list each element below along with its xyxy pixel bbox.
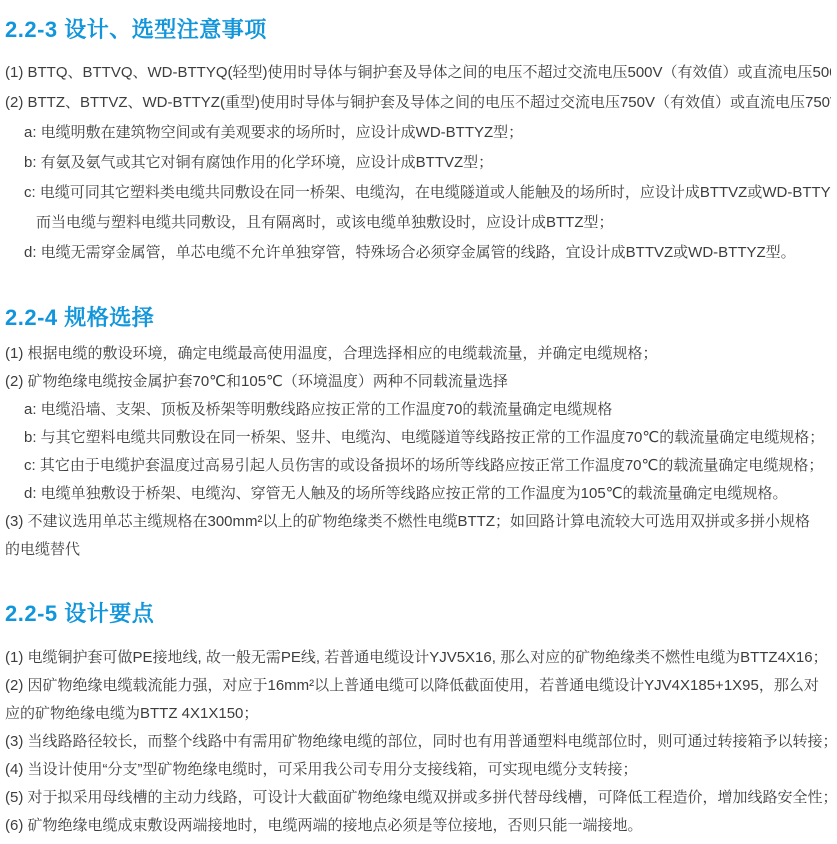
document-page: 2.2-3 设计、选型注意事项 (1) BTTQ、BTTVQ、WD-BTTYQ(…: [0, 0, 837, 840]
section-heading: 2.2-4 规格选择: [5, 304, 831, 332]
paragraph-line: b: 与其它塑料电缆共同敷设在同一桥架、竖井、电缆沟、电缆隧道等线路按正常的工作…: [5, 424, 831, 452]
paragraph-line: c: 电缆可同其它塑料类电缆共同敷设在同一桥架、电缆沟，在电缆隧道或人能触及的场…: [5, 178, 831, 208]
section-body: (1) BTTQ、BTTVQ、WD-BTTYQ(轻型)使用时导体与铜护套及导体之…: [5, 58, 831, 268]
paragraph-line: d: 电缆无需穿金属管，单芯电缆不允许单独穿管，特殊场合必须穿金属管的线路，宜设…: [5, 238, 831, 268]
section-heading: 2.2-5 设计要点: [5, 600, 831, 628]
paragraph-line: (1) 电缆铜护套可做PE接地线, 故一般无需PE线, 若普通电缆设计YJV5X…: [5, 644, 831, 672]
paragraph-line: (1) BTTQ、BTTVQ、WD-BTTYQ(轻型)使用时导体与铜护套及导体之…: [5, 58, 831, 88]
paragraph-line: b: 有氨及氨气或其它对铜有腐蚀作用的化学环境，应设计成BTTVZ型；: [5, 148, 831, 178]
paragraph-line: (2) 矿物绝缘电缆按金属护套70℃和105℃（环境温度）两种不同载流量选择: [5, 368, 831, 396]
paragraph-line: (6) 矿物绝缘电缆成束敷设两端接地时，电缆两端的接地点必须是等位接地，否则只能…: [5, 812, 831, 840]
paragraph-line: 而当电缆与塑料电缆共同敷设，且有隔离时，或该电缆单独敷设时，应设计成BTTZ型；: [5, 208, 831, 238]
paragraph-line: (2) BTTZ、BTTVZ、WD-BTTYZ(重型)使用时导体与铜护套及导体之…: [5, 88, 831, 118]
paragraph-line: (3) 当线路路径较长，而整个线路中有需用矿物绝缘电缆的部位，同时也有用普通塑料…: [5, 728, 831, 756]
paragraph-line: (1) 根据电缆的敷设环境，确定电缆最高使用温度，合理选择相应的电缆载流量，并确…: [5, 340, 831, 368]
section-body: (1) 根据电缆的敷设环境，确定电缆最高使用温度，合理选择相应的电缆载流量，并确…: [5, 340, 831, 564]
section-body: (1) 电缆铜护套可做PE接地线, 故一般无需PE线, 若普通电缆设计YJV5X…: [5, 644, 831, 840]
paragraph-line: d: 电缆单独敷设于桥架、电缆沟、穿管无人触及的场所等线路应按正常的工作温度为1…: [5, 480, 831, 508]
section-design-points: 2.2-5 设计要点 (1) 电缆铜护套可做PE接地线, 故一般无需PE线, 若…: [5, 600, 831, 840]
section-design-selection-notes: 2.2-3 设计、选型注意事项 (1) BTTQ、BTTVQ、WD-BTTYQ(…: [5, 16, 831, 268]
paragraph-line: (3) 不建议选用单芯主缆规格在300mm²以上的矿物绝缘类不燃性电缆BTTZ；…: [5, 508, 831, 536]
paragraph-line: 应的矿物绝缘电缆为BTTZ 4X1X150；: [5, 700, 831, 728]
paragraph-line: (4) 当设计使用“分支”型矿物绝缘电缆时，可采用我公司专用分支接线箱，可实现电…: [5, 756, 831, 784]
paragraph-line: c: 其它由于电缆护套温度过高易引起人员伤害的或设备损坏的场所等线路应按正常工作…: [5, 452, 831, 480]
paragraph-line: 的电缆替代: [5, 536, 831, 564]
paragraph-line: a: 电缆明敷在建筑物空间或有美观要求的场所时，应设计成WD-BTTYZ型；: [5, 118, 831, 148]
section-heading: 2.2-3 设计、选型注意事项: [5, 16, 831, 44]
section-spec-selection: 2.2-4 规格选择 (1) 根据电缆的敷设环境，确定电缆最高使用温度，合理选择…: [5, 304, 831, 564]
paragraph-line: (2) 因矿物绝缘电缆载流能力强，对应于16mm²以上普通电缆可以降低截面使用，…: [5, 672, 831, 700]
paragraph-line: a: 电缆沿墙、支架、顶板及桥架等明敷线路应按正常的工作温度70的载流量确定电缆…: [5, 396, 831, 424]
paragraph-line: (5) 对于拟采用母线槽的主动力线路，可设计大截面矿物绝缘电缆双拼或多拼代替母线…: [5, 784, 831, 812]
